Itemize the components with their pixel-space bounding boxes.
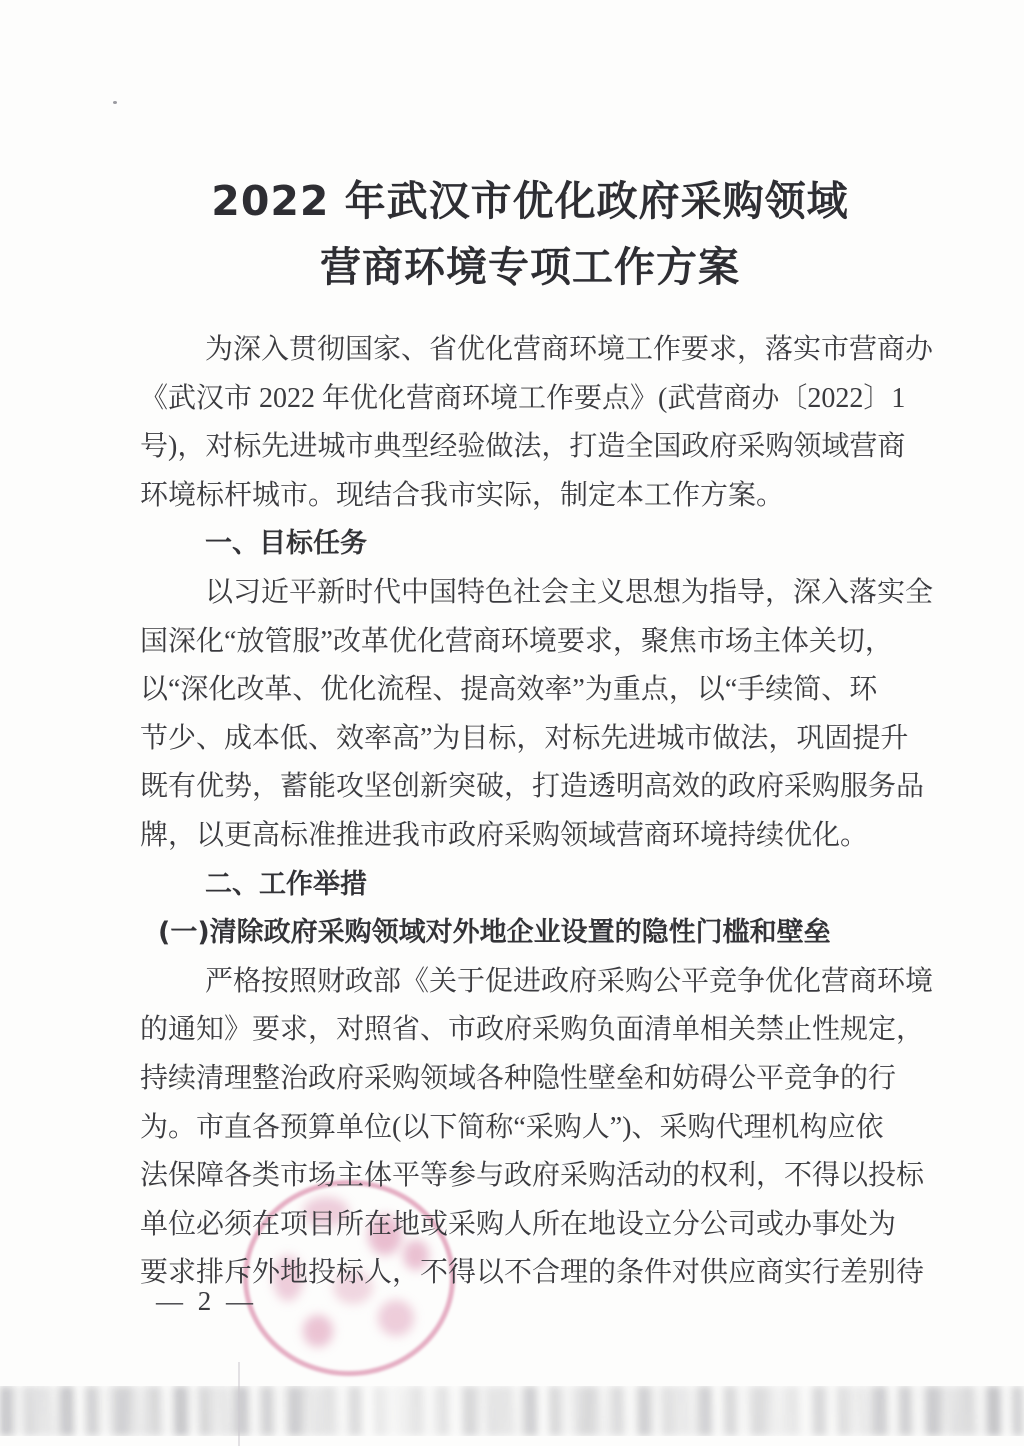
- section-heading-1: 一、目标任务: [140, 520, 940, 569]
- page-number: — 2 —: [156, 1286, 257, 1317]
- body-line: 单位必须在项目所在地或采购人所在地设立分公司或办事处为: [140, 1201, 940, 1250]
- scan-speck-artifact: [113, 101, 117, 104]
- body-line: 持续清理整治政府采购领域各种隐性壁垒和妨碍公平竞争的行: [140, 1055, 940, 1104]
- body-line: 为深入贯彻国家、省优化营商环境工作要求，落实市营商办: [140, 326, 940, 375]
- subsection-heading: (一)清除政府采购领域对外地企业设置的隐性门槛和壁垒: [140, 909, 940, 958]
- body-line: 《武汉市 2022 年优化营商环境工作要点》(武营商办〔2022〕1: [140, 375, 940, 424]
- document-body: 为深入贯彻国家、省优化营商环境工作要求，落实市营商办 《武汉市 2022 年优化…: [140, 326, 940, 1298]
- ink-bleed-through-band: [0, 1386, 1024, 1436]
- section-heading-2: 二、工作举措: [140, 861, 940, 910]
- seal-ink-mark: [303, 1315, 333, 1347]
- body-line: 以“深化改革、优化流程、提高效率”为重点，以“手续简、环: [140, 666, 940, 715]
- body-line: 要求排斥外地投标人，不得以不合理的条件对供应商实行差别待: [140, 1249, 940, 1298]
- body-line: 既有优势，蓄能攻坚创新突破，打造透明高效的政府采购服务品: [140, 763, 940, 812]
- document-title-line-1: 2022 年武汉市优化政府采购领域: [140, 168, 920, 234]
- body-line: 法保障各类市场主体平等参与政府采购活动的权利，不得以投标: [140, 1152, 940, 1201]
- body-line: 为。市直各预算单位(以下简称“采购人”)、采购代理机构应依: [140, 1104, 940, 1153]
- scanned-document-page: 2022 年武汉市优化政府采购领域 营商环境专项工作方案 为深入贯彻国家、省优化…: [0, 0, 1024, 1446]
- scan-fold-line-artifact: [238, 1362, 240, 1446]
- document-title-line-2: 营商环境专项工作方案: [140, 234, 920, 300]
- document-title: 2022 年武汉市优化政府采购领域 营商环境专项工作方案: [140, 168, 920, 300]
- body-line: 号)，对标先进城市典型经验做法，打造全国政府采购领域营商: [140, 423, 940, 472]
- seal-ink-mark: [378, 1300, 414, 1336]
- body-line: 环境标杆城市。现结合我市实际，制定本工作方案。: [140, 472, 940, 521]
- body-line: 牌，以更高标准推进我市政府采购领域营商环境持续优化。: [140, 812, 940, 861]
- body-line: 以习近平新时代中国特色社会主义思想为指导，深入落实全: [140, 569, 940, 618]
- body-line: 的通知》要求，对照省、市政府采购负面清单相关禁止性规定，: [140, 1006, 940, 1055]
- body-line: 节少、成本低、效率高”为目标，对标先进城市做法，巩固提升: [140, 715, 940, 764]
- body-line: 严格按照财政部《关于促进政府采购公平竞争优化营商环境: [140, 958, 940, 1007]
- body-line: 国深化“放管服”改革优化营商环境要求，聚焦市场主体关切，: [140, 618, 940, 667]
